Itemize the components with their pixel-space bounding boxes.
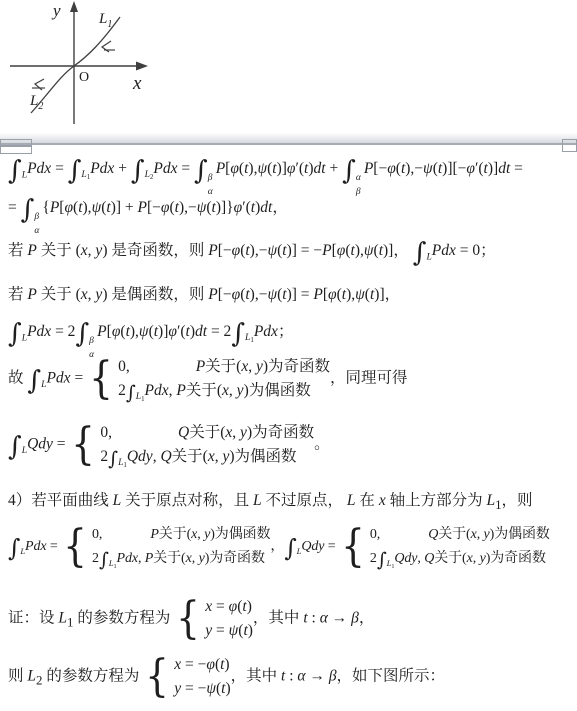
page-gap-shadow <box>0 130 577 143</box>
y-axis-label: y <box>51 1 61 20</box>
equation-line-5: ∫LPdx = 2∫βαP[φ(t),ψ(t)]φ′(t)dt = 2∫L1Pd… <box>8 321 293 360</box>
cases-equation-qdy: ∫LQdy = {0,Q关于(x, y)为奇函数2∫L1Qdy, Q关于(x, … <box>8 422 330 468</box>
curve-direction-arrow-upper-icon <box>102 41 115 52</box>
curve-label-l2: L2 <box>29 93 43 112</box>
x-axis-label: x <box>132 73 142 94</box>
proof-line-l1-parametric: 证：设 L1 的参数方程为 {x = φ(t)y = ψ(t)，其中 t : α… <box>8 596 374 642</box>
axes-diagram: y x O L1 L2 <box>2 0 160 130</box>
y-axis <box>70 1 78 124</box>
text-line-item-4: 4）若平面曲线 L 关于原点对称，且 L 不过原点， L 在 x 轴上方部分为 … <box>8 490 533 514</box>
margin-marker-right-icon <box>562 139 577 152</box>
page-gap-rule <box>0 143 577 145</box>
y-axis-arrow-icon <box>70 1 78 12</box>
page-boundary-separator[interactable] <box>0 130 577 154</box>
text-line-odd-case: 若 P 关于 (x, y) 是奇函数，则 P[−φ(t),−ψ(t)] = −P… <box>8 240 496 264</box>
text-line-even-case: 若 P 关于 (x, y) 是偶函数，则 P[−φ(t),−ψ(t)] = P[… <box>8 284 400 306</box>
margin-marker-left-bottom-icon <box>0 145 32 154</box>
cases-equation-pdx: 故 ∫LPdx = {0,P关于(x, y)为奇函数2∫L1Pdx, P关于(x… <box>8 356 408 402</box>
curve-label-l1: L1 <box>98 11 112 30</box>
equation-line-1: ∫LPdx = ∫L1Pdx + ∫L2Pdx = ∫βαP[φ(t),ψ(t)… <box>8 158 523 197</box>
cases-equation-pair: ∫LPdx = {0,P关于(x, y)为偶函数2∫L1Pdx, P关于(x, … <box>8 524 550 570</box>
proof-line-l2-parametric: 则 L2 的参数方程为 {x = −φ(t)y = −ψ(t)，其中 t : α… <box>8 654 445 700</box>
cubic-curve <box>31 17 120 113</box>
document-page: y x O L1 L2 ∫LPdx = ∫L1Pdx + ∫L2Pdx = ∫β… <box>0 0 577 711</box>
equation-line-2: = ∫βα{P[φ(t),ψ(t)] + P[−φ(t),−ψ(t)]}φ′(t… <box>8 197 288 236</box>
origin-label: O <box>79 70 89 85</box>
x-axis-arrow-icon <box>136 62 148 71</box>
curve-direction-arrow-lower-icon <box>32 79 45 90</box>
